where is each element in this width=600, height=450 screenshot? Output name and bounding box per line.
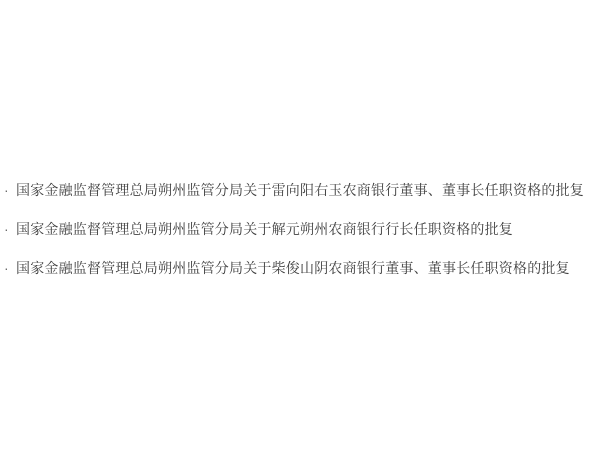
document-title: 国家金融监督管理总局朔州监管分局关于雷向阳右玉农商银行董事、董事长任职资格的批复 bbox=[16, 182, 584, 198]
document-title: 国家金融监督管理总局朔州监管分局关于柴俊山阴农商银行董事、董事长任职资格的批复 bbox=[16, 260, 570, 276]
document-link[interactable]: · 国家金融监督管理总局朔州监管分局关于柴俊山阴农商银行董事、董事长任职资格的批… bbox=[0, 260, 600, 276]
document-link[interactable]: · 国家金融监督管理总局朔州监管分局关于雷向阳右玉农商银行董事、董事长任职资格的… bbox=[0, 182, 600, 198]
document-list: · 国家金融监督管理总局朔州监管分局关于雷向阳右玉农商银行董事、董事长任职资格的… bbox=[0, 182, 600, 299]
bullet-icon: · bbox=[4, 182, 14, 198]
document-title: 国家金融监督管理总局朔州监管分局关于解元朔州农商银行行长任职资格的批复 bbox=[16, 221, 513, 237]
document-link[interactable]: · 国家金融监督管理总局朔州监管分局关于解元朔州农商银行行长任职资格的批复 bbox=[0, 221, 600, 237]
bullet-icon: · bbox=[4, 221, 14, 237]
bullet-icon: · bbox=[4, 260, 14, 276]
